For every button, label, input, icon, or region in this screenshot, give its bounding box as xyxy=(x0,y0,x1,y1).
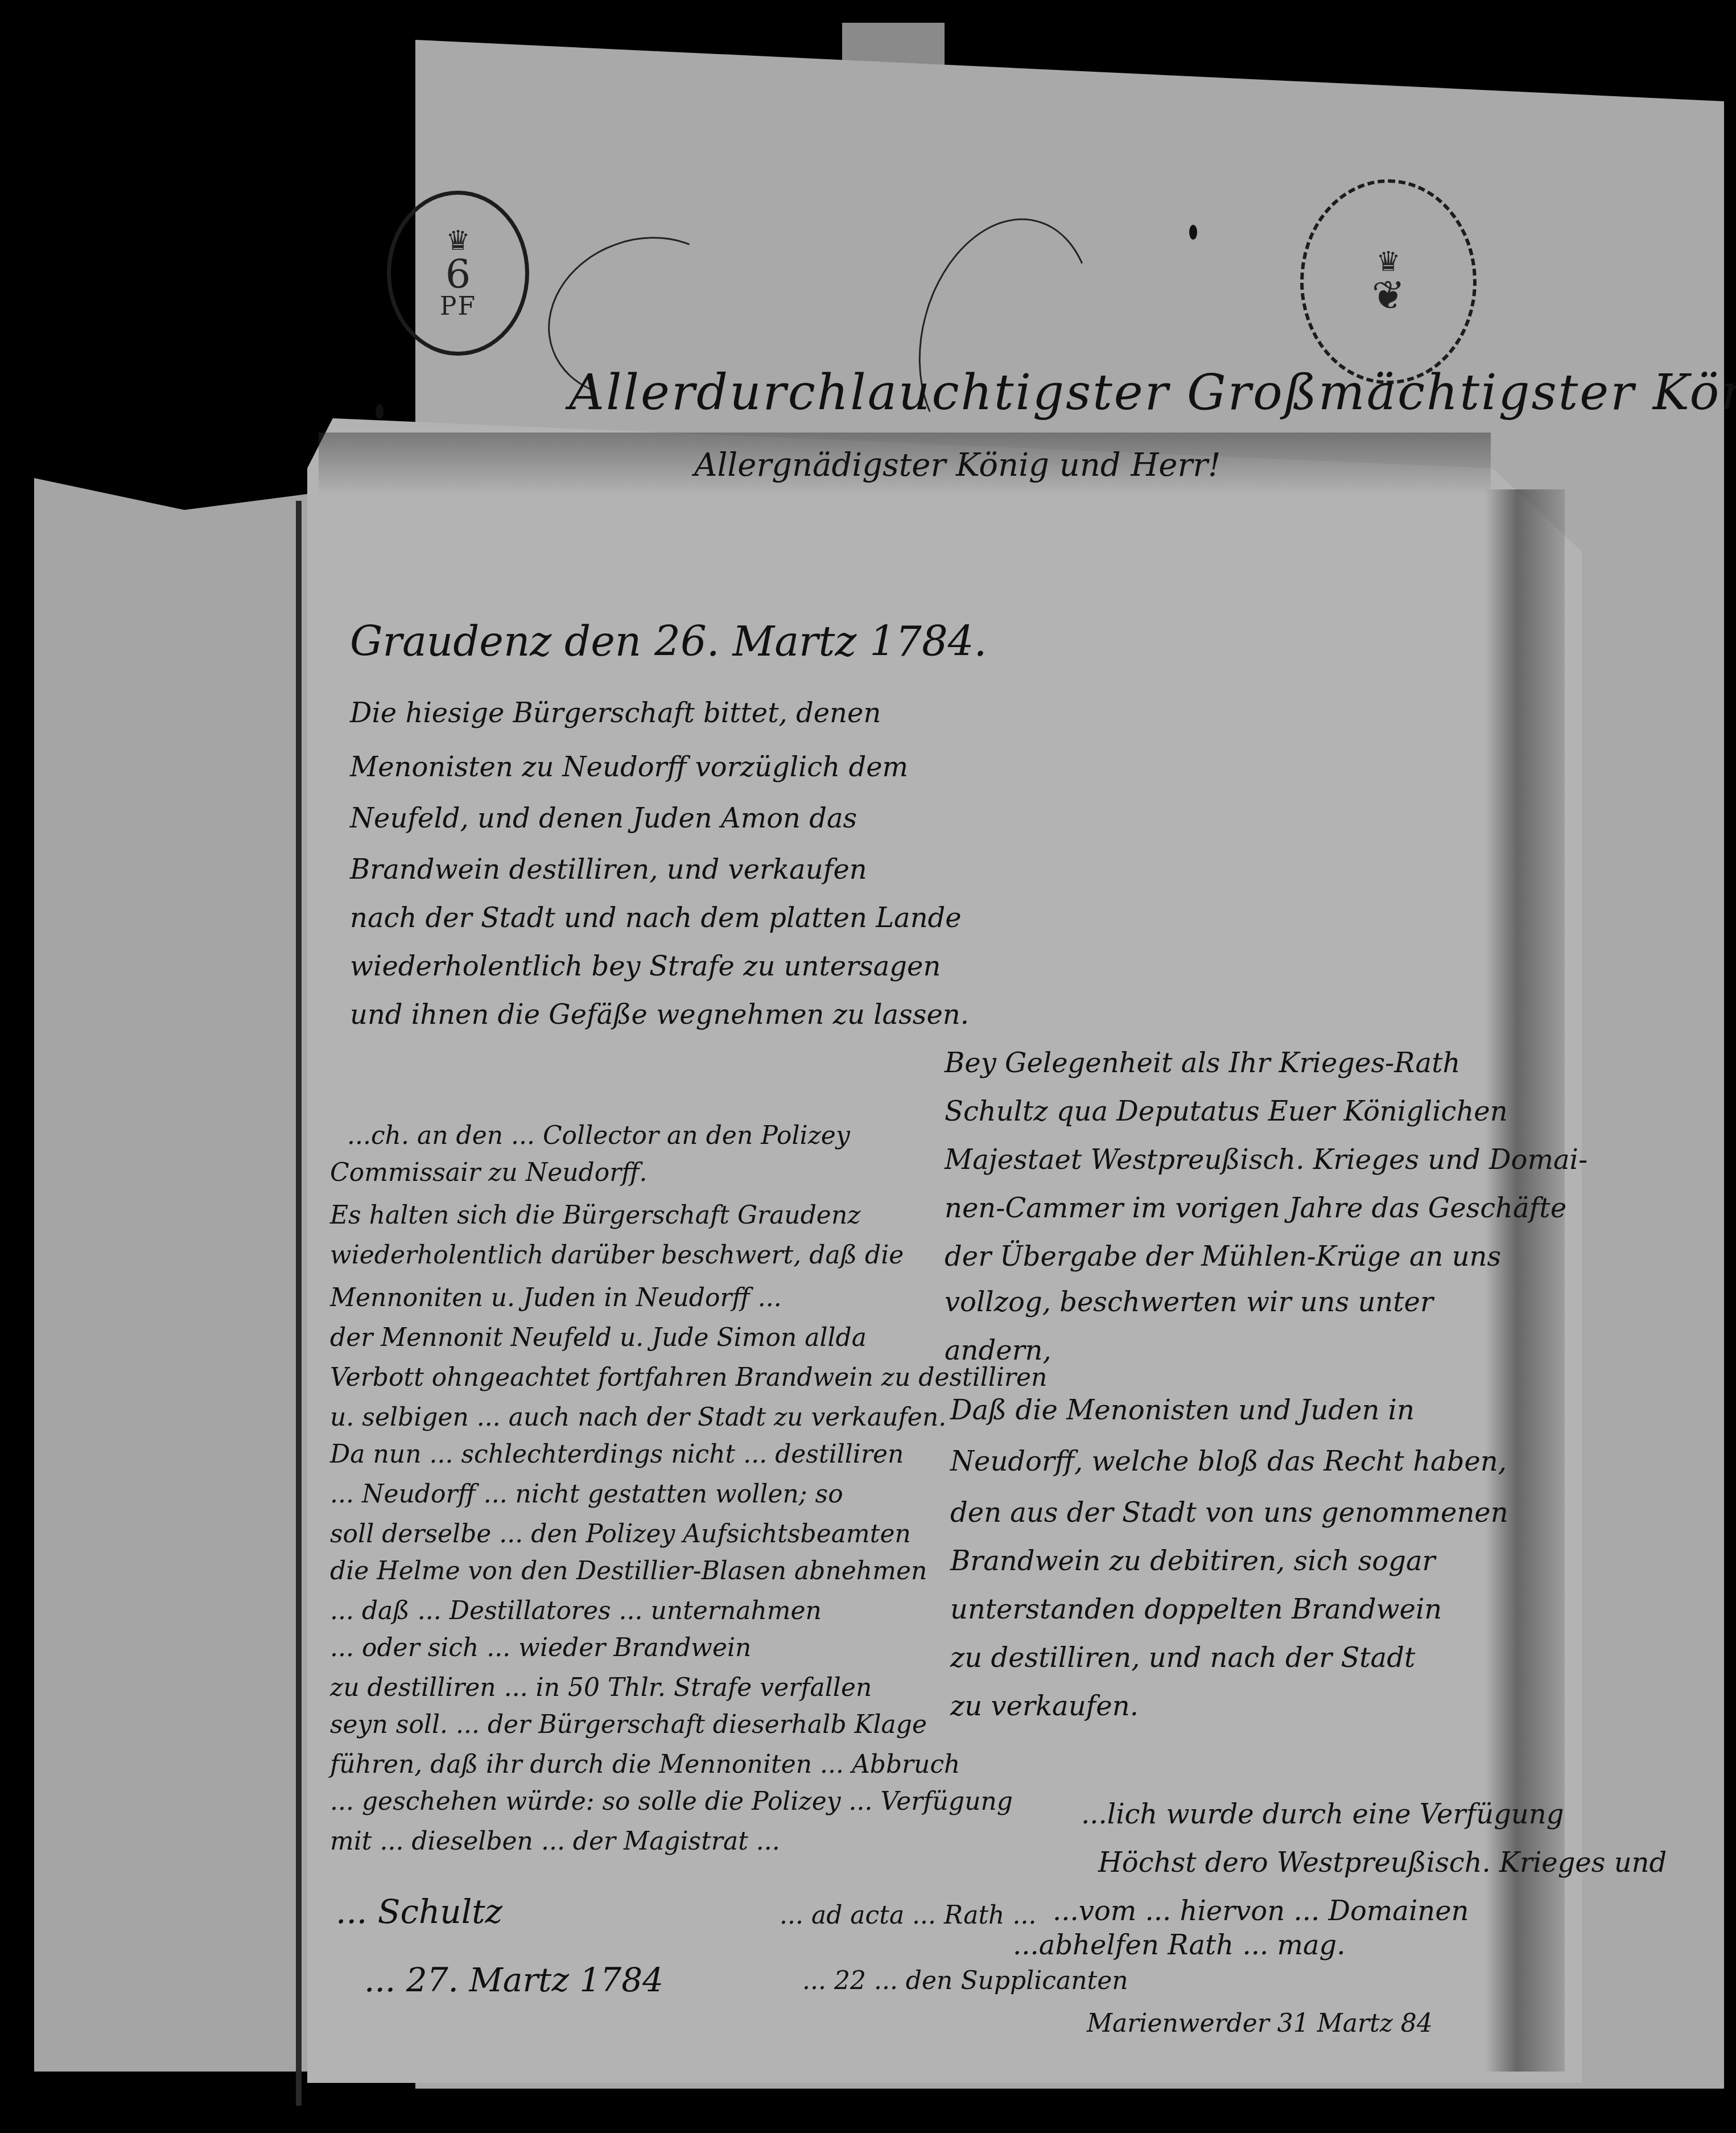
note-line: zu destilliren ... in 50 Thlr. Strafe ve… xyxy=(330,1673,872,1702)
text-line: unterstanden doppelten Brandwein xyxy=(950,1593,1442,1625)
note-line: der Mennonit Neufeld u. Jude Simon allda xyxy=(330,1323,867,1352)
royal-seal-stamp: ♛ ❦ xyxy=(1300,179,1477,384)
tax-stamp-6pf: ♛ 6 PF xyxy=(387,191,529,356)
ink-dot xyxy=(1189,225,1197,240)
text-line: wiederholentlich bey Strafe zu untersage… xyxy=(350,950,941,982)
note-line: ... Neudorff ... nicht gestatten wollen;… xyxy=(330,1480,843,1509)
text-line: der Übergabe der Mühlen-Krüge an uns xyxy=(945,1241,1501,1273)
note-line: seyn soll. ... der Bürgerschaft dieserha… xyxy=(330,1710,927,1739)
text-line: andern, xyxy=(945,1335,1052,1366)
salutation: Allergnädigster König und Herr! xyxy=(694,447,1221,484)
stamp-unit: PF xyxy=(440,294,476,319)
note-line: Da nun ... schlechterdings nicht ... des… xyxy=(330,1440,904,1469)
note-line: Es halten sich die Bürgerschaft Graudenz xyxy=(330,1201,860,1230)
crown-icon: ♛ xyxy=(1376,248,1400,275)
note-line: ... daß ... Destillatores ... unternahme… xyxy=(330,1596,822,1625)
text-line: Neudorff, welche bloß das Recht haben, xyxy=(950,1446,1507,1477)
text-line: Daß die Menonisten und Juden in xyxy=(950,1394,1415,1426)
text-line: nen-Cammer im vorigen Jahre das Geschäft… xyxy=(945,1192,1566,1224)
text-line: ...vom ... hiervon ... Domainen xyxy=(1053,1895,1469,1927)
note-line: Verbott ohngeachtet fortfahren Brandwein… xyxy=(330,1363,1047,1392)
text-line: Neufeld, und denen Juden Amon das xyxy=(350,802,857,834)
fold-line xyxy=(296,501,302,2106)
text-line: Bey Gelegenheit als Ihr Krieges-Rath xyxy=(945,1047,1460,1079)
ink-dot xyxy=(376,404,384,419)
text-line: vollzog, beschwerten wir uns unter xyxy=(945,1286,1433,1318)
text-line: Brandwein zu debitiren, sich sogar xyxy=(950,1545,1435,1577)
note-line: wiederholentlich darüber beschwert, daß … xyxy=(330,1241,904,1270)
left-folded-page xyxy=(34,478,307,2072)
text-line: nach der Stadt und nach dem platten Land… xyxy=(350,902,962,934)
text-line: Majestaet Westpreußisch. Krieges und Dom… xyxy=(945,1144,1587,1176)
note-line: ... oder sich ... wieder Brandwein xyxy=(330,1633,751,1662)
note-line: Mennoniten u. Juden in Neudorff ... xyxy=(330,1283,782,1312)
text-line: zu destilliren, und nach der Stadt xyxy=(950,1642,1415,1674)
note-line: mit ... dieselben ... der Magistrat ... xyxy=(330,1827,780,1856)
text-line: Menonisten zu Neudorff vorzüglich dem xyxy=(350,751,908,783)
note-line: die Helme von den Destillier-Blasen abne… xyxy=(330,1556,927,1586)
text-line: und ihnen die Gefäße wegnehmen zu lassen… xyxy=(350,999,969,1031)
footer-line: ... 22 ... den Supplicanten xyxy=(802,1966,1128,1995)
text-line: ...abhelfen Rath ... mag. xyxy=(1013,1929,1346,1961)
footer-line: Marienwerder 31 Martz 84 xyxy=(1087,2009,1433,2038)
note-line: Commissair zu Neudorff. xyxy=(330,1158,647,1187)
text-line: Die hiesige Bürgerschaft bittet, denen xyxy=(350,697,881,729)
crown-icon: ♛ xyxy=(446,227,470,254)
text-line: zu verkaufen. xyxy=(950,1690,1139,1722)
note-line: soll derselbe ... den Polizey Aufsichtsb… xyxy=(330,1520,911,1549)
signature: ... Schultz xyxy=(336,1892,502,1931)
right-edge-shadow xyxy=(1485,489,1565,2072)
stamp-value: 6 xyxy=(446,254,471,294)
note-line: ...ch. an den ... Collector an den Poliz… xyxy=(347,1121,850,1150)
text-line: Brandwein destilliren, und verkaufen xyxy=(350,854,867,886)
footer-line: ... ad acta ... Rath ... xyxy=(780,1901,1036,1930)
note-line: ... geschehen würde: so solle die Polize… xyxy=(330,1787,1013,1816)
text-line: Schultz qua Deputatus Euer Königlichen xyxy=(945,1096,1508,1127)
document-title: Allerdurchlauchtigster Großmächtigster K… xyxy=(569,364,1736,421)
text-line: den aus der Stadt von uns genommenen xyxy=(950,1497,1508,1529)
signature-date: ... 27. Martz 1784 xyxy=(364,1961,663,1999)
text-line: Höchst dero Westpreußisch. Krieges und xyxy=(1098,1847,1667,1879)
monogram-emblem-icon: ❦ xyxy=(1372,275,1405,315)
text-line: ...lich wurde durch eine Verfügung xyxy=(1081,1798,1564,1830)
note-line: u. selbigen ... auch nach der Stadt zu v… xyxy=(330,1403,946,1432)
place-and-date: Graudenz den 26. Martz 1784. xyxy=(350,617,987,665)
note-line: führen, daß ihr durch die Mennoniten ...… xyxy=(330,1750,960,1779)
